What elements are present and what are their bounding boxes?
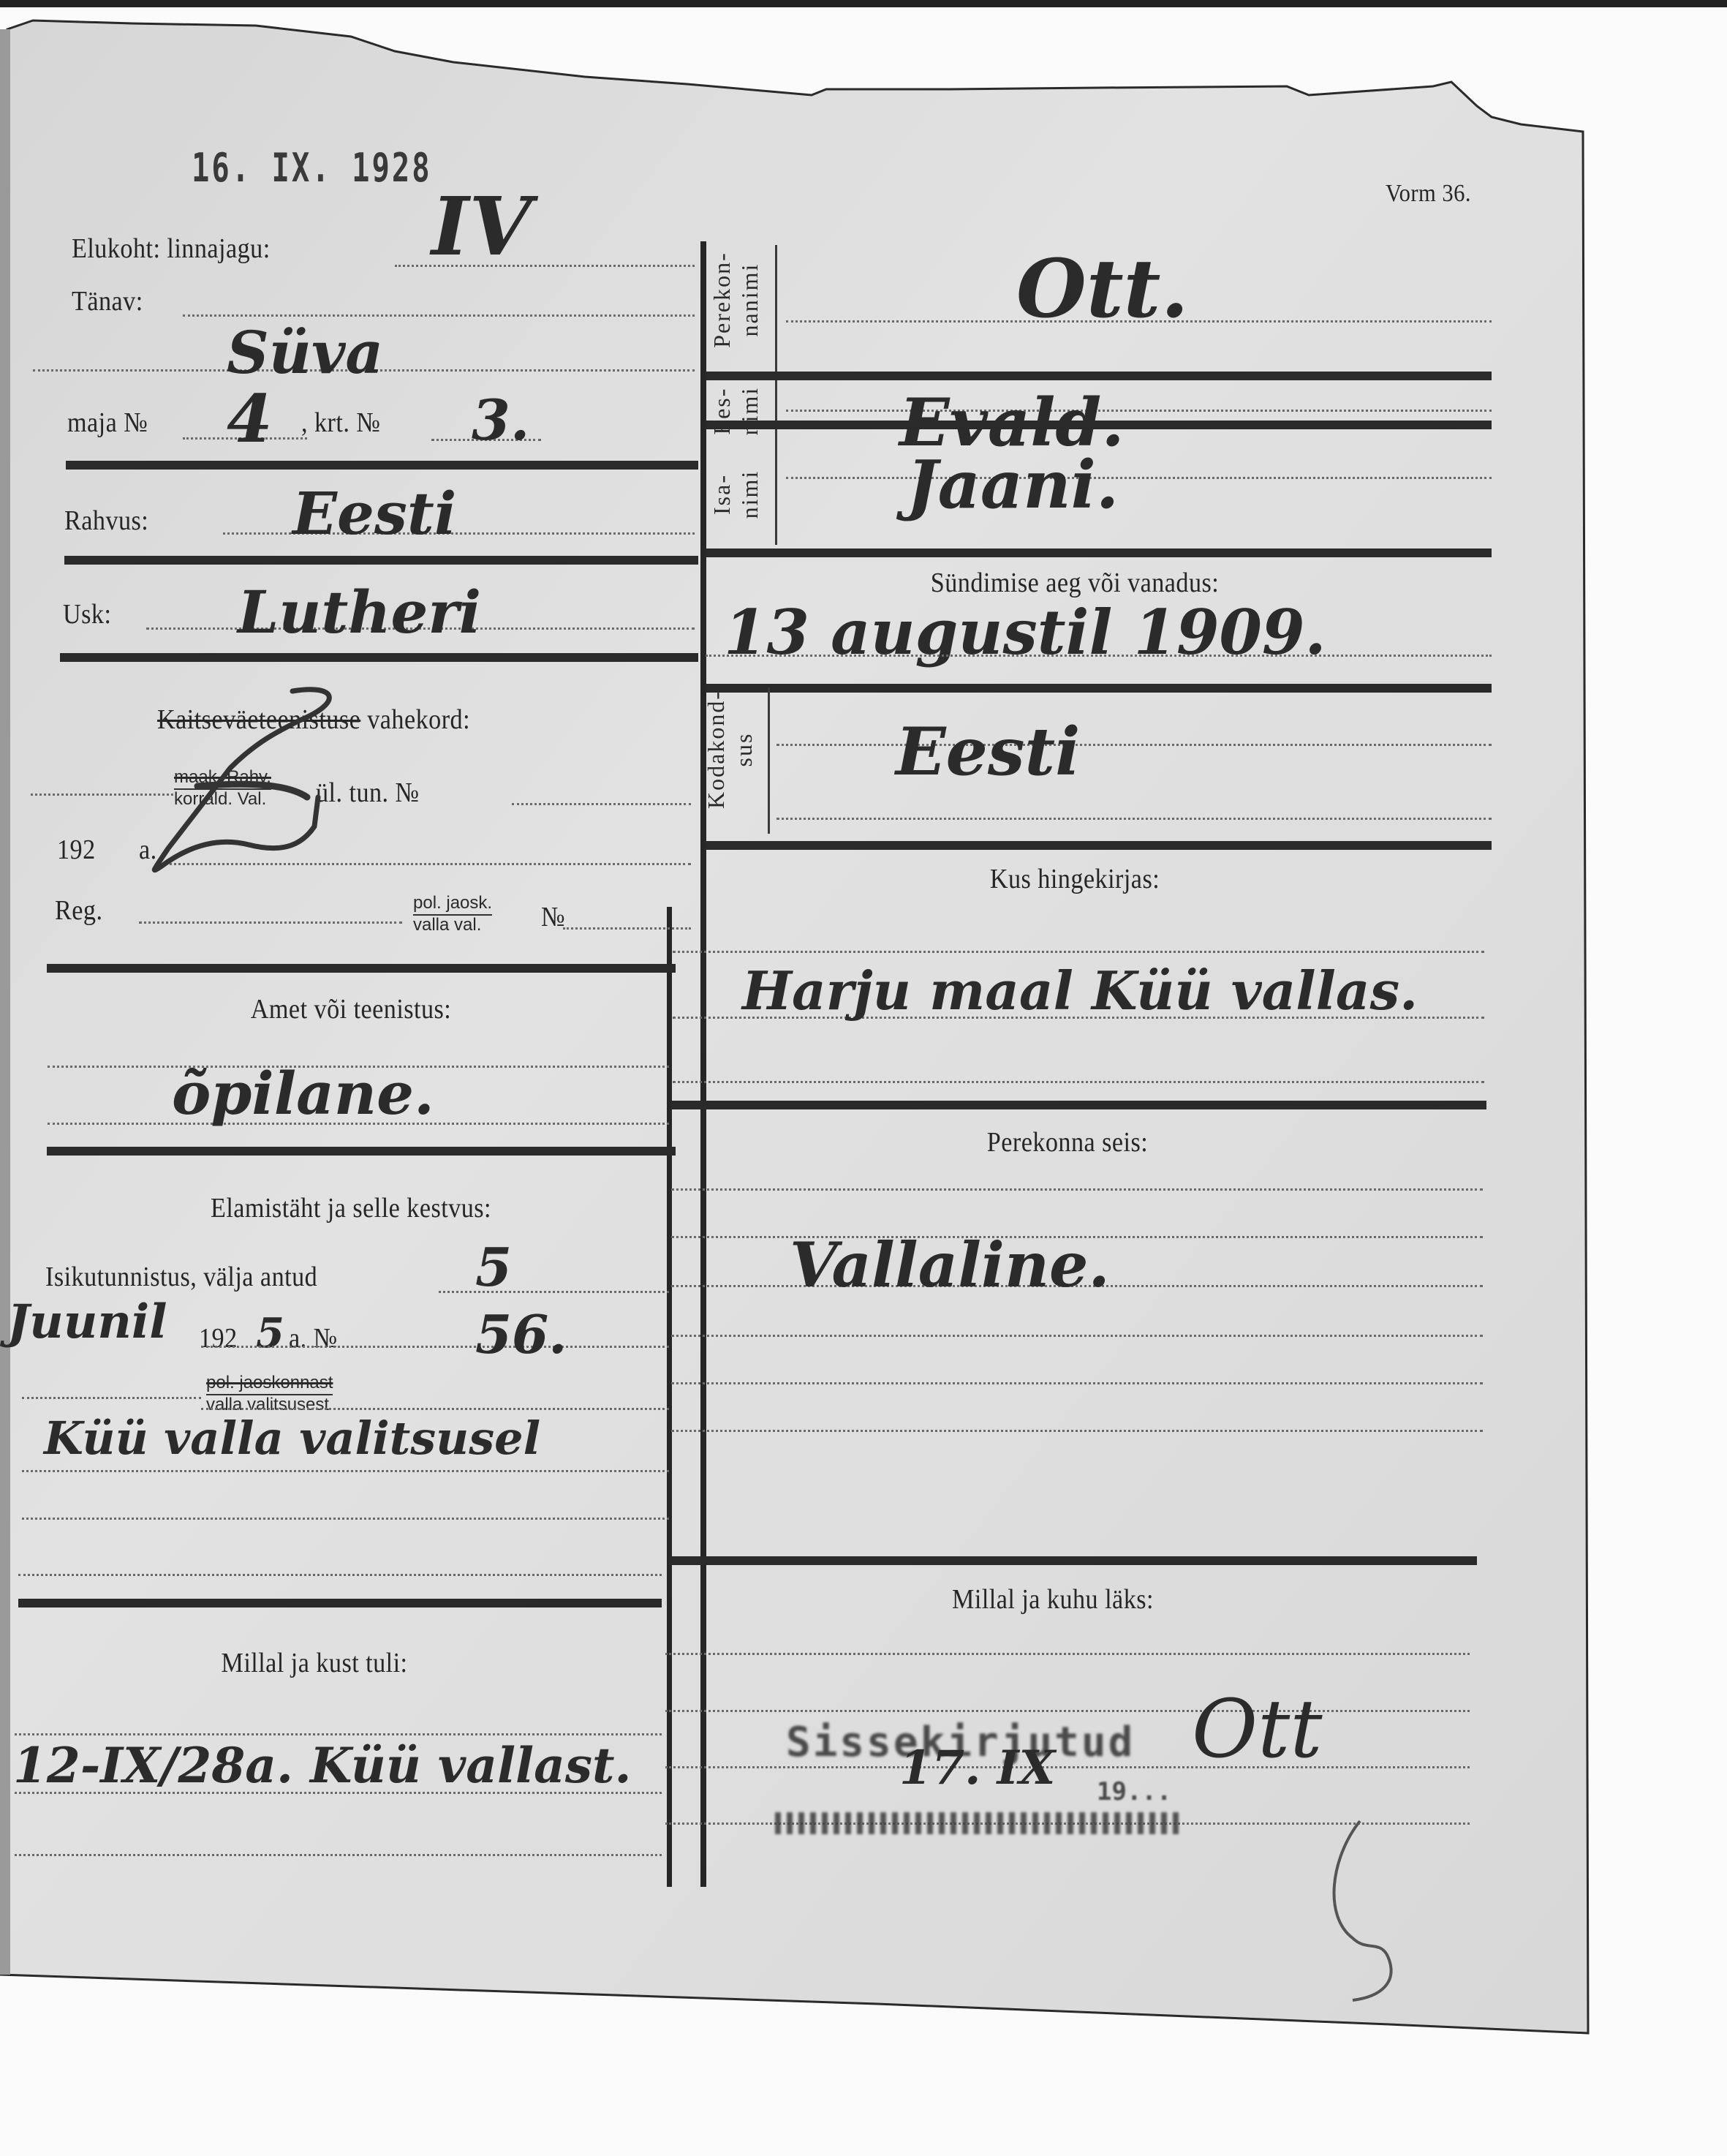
divider-rule xyxy=(47,964,676,973)
marital-status-value[interactable]: Vallaline. xyxy=(790,1229,1110,1301)
citizenship-label: Kodakond- sus xyxy=(702,680,757,819)
issuer-line-1 xyxy=(22,1397,201,1399)
issuer-line-2 xyxy=(201,1408,669,1410)
divider-rule xyxy=(60,653,698,662)
marital-line-5 xyxy=(671,1382,1483,1384)
reg-line xyxy=(139,921,402,924)
first-name-line xyxy=(786,410,1492,412)
issuer-line-3 xyxy=(22,1470,669,1472)
year-printed: 192 xyxy=(199,1322,238,1354)
birth-label: Sündimise aeg või vanadus: xyxy=(844,567,1305,599)
religion-label: Usk: xyxy=(63,598,111,630)
form-number: Vorm 36. xyxy=(1386,180,1471,208)
departure-date[interactable]: 17. IX xyxy=(899,1741,1055,1795)
reg-fraction: pol. jaosk. valla val. xyxy=(413,894,492,935)
strike-mark xyxy=(73,680,366,885)
house-value[interactable]: 4 xyxy=(227,380,273,458)
street-line-1 xyxy=(183,314,695,317)
registry-label: Kus hingekirjas: xyxy=(930,863,1220,895)
issued-month[interactable]: Juunil xyxy=(7,1294,167,1349)
occupation-value[interactable]: õpilane. xyxy=(172,1059,434,1128)
divider-rule xyxy=(706,549,1492,557)
stamp-underline xyxy=(775,1812,1184,1834)
nationality-value[interactable]: Eesti xyxy=(292,479,456,548)
military-line-2 xyxy=(512,803,691,805)
surname-value[interactable]: Ott. xyxy=(1016,241,1189,336)
reg-no-line xyxy=(563,927,691,930)
issuer-line-4 xyxy=(22,1518,669,1520)
house-label: maja № xyxy=(67,407,148,439)
marital-line-1 xyxy=(671,1188,1483,1191)
divider-rule xyxy=(706,421,1492,429)
marital-line-4 xyxy=(671,1335,1483,1337)
divider-rule xyxy=(706,372,1492,380)
divider-rule xyxy=(706,841,1492,850)
departure-line-2 xyxy=(665,1710,1470,1712)
arrival-line-1 xyxy=(15,1733,662,1735)
number-line xyxy=(201,1346,669,1348)
issued-day[interactable]: 5 xyxy=(475,1236,512,1298)
registry-line-1 xyxy=(673,951,1484,953)
divider-rule xyxy=(66,461,698,470)
label-column-line xyxy=(768,687,770,834)
arrival-label: Millal ja kust tuli: xyxy=(130,1647,499,1679)
nationality-label: Rahvus: xyxy=(64,505,148,537)
surname-label: Perekon- nanimi xyxy=(708,241,763,358)
citizenship-line-2 xyxy=(776,818,1492,820)
issuer-value[interactable]: Küü valla valitsusel xyxy=(44,1411,540,1465)
id-card-label: Isikutunnistus, välja antud xyxy=(45,1261,317,1293)
residence-value[interactable]: IV xyxy=(431,179,532,274)
residence-label: Elukoht: linnajagu: xyxy=(72,233,271,265)
spacer-line xyxy=(18,1574,662,1576)
year-number-label: a. № xyxy=(289,1322,338,1354)
first-name-label: Ees- nimi xyxy=(708,374,763,448)
religion-value[interactable]: Lutheri xyxy=(238,578,481,647)
apartment-label: , krt. № xyxy=(301,407,380,439)
label-column-line xyxy=(775,245,777,545)
departure-label: Millal ja kuhu läks: xyxy=(882,1583,1224,1616)
permit-number[interactable]: 56. xyxy=(475,1303,567,1365)
official-signature: Ott xyxy=(1192,1682,1323,1776)
marital-line-6 xyxy=(671,1430,1483,1432)
divider-rule xyxy=(47,1147,676,1156)
arrival-line-3 xyxy=(15,1854,662,1856)
divider-rule xyxy=(671,1101,1486,1109)
street-label: Tänav: xyxy=(72,285,143,317)
fathers-name-label: Isa- nimi xyxy=(708,458,763,531)
year-written[interactable]: 5 xyxy=(256,1309,284,1357)
divider-rule xyxy=(669,1556,1477,1565)
signature-flourish xyxy=(1272,1814,1462,2004)
registry-value[interactable]: Harju maal Küü vallas. xyxy=(742,960,1418,1022)
column-divider-lower xyxy=(667,907,672,1887)
citizenship-value[interactable]: Eesti xyxy=(896,713,1080,791)
departure-line-1 xyxy=(665,1653,1470,1655)
divider-rule xyxy=(18,1599,662,1607)
reg-no-label: № xyxy=(541,901,565,933)
arrival-value[interactable]: 12-IX/28a. Küü vallast. xyxy=(13,1737,632,1794)
birth-value[interactable]: 13 augustil 1909. xyxy=(724,596,1326,668)
column-divider xyxy=(700,241,706,1887)
street-value[interactable]: Süva xyxy=(227,318,383,387)
fathers-name-line xyxy=(786,477,1492,479)
registration-stamp-date: 19... xyxy=(1097,1777,1171,1806)
birth-line xyxy=(706,655,1492,657)
registry-line-3 xyxy=(673,1081,1484,1083)
document-paper: 16. IX. 1928 Vorm 36. Elukoht: linnajagu… xyxy=(0,0,1727,2156)
military-title-rest: vahekord: xyxy=(367,704,470,735)
citizenship-line-1 xyxy=(776,744,1492,746)
apartment-value[interactable]: 3. xyxy=(472,388,529,453)
id-card-line xyxy=(439,1291,669,1293)
departure-line-3 xyxy=(665,1766,1470,1768)
occupation-label: Amet või teenistus: xyxy=(167,993,535,1025)
divider-rule xyxy=(64,556,698,565)
marital-status-label: Perekonna seis: xyxy=(923,1126,1212,1158)
fathers-name-value[interactable]: Jaani. xyxy=(907,446,1119,524)
reg-label: Reg. xyxy=(55,894,102,927)
divider-rule xyxy=(706,684,1492,693)
residence-permit-label: Elamistäht ja selle kestvus: xyxy=(134,1192,568,1224)
date-stamp: 16. IX. 1928 xyxy=(192,145,432,191)
